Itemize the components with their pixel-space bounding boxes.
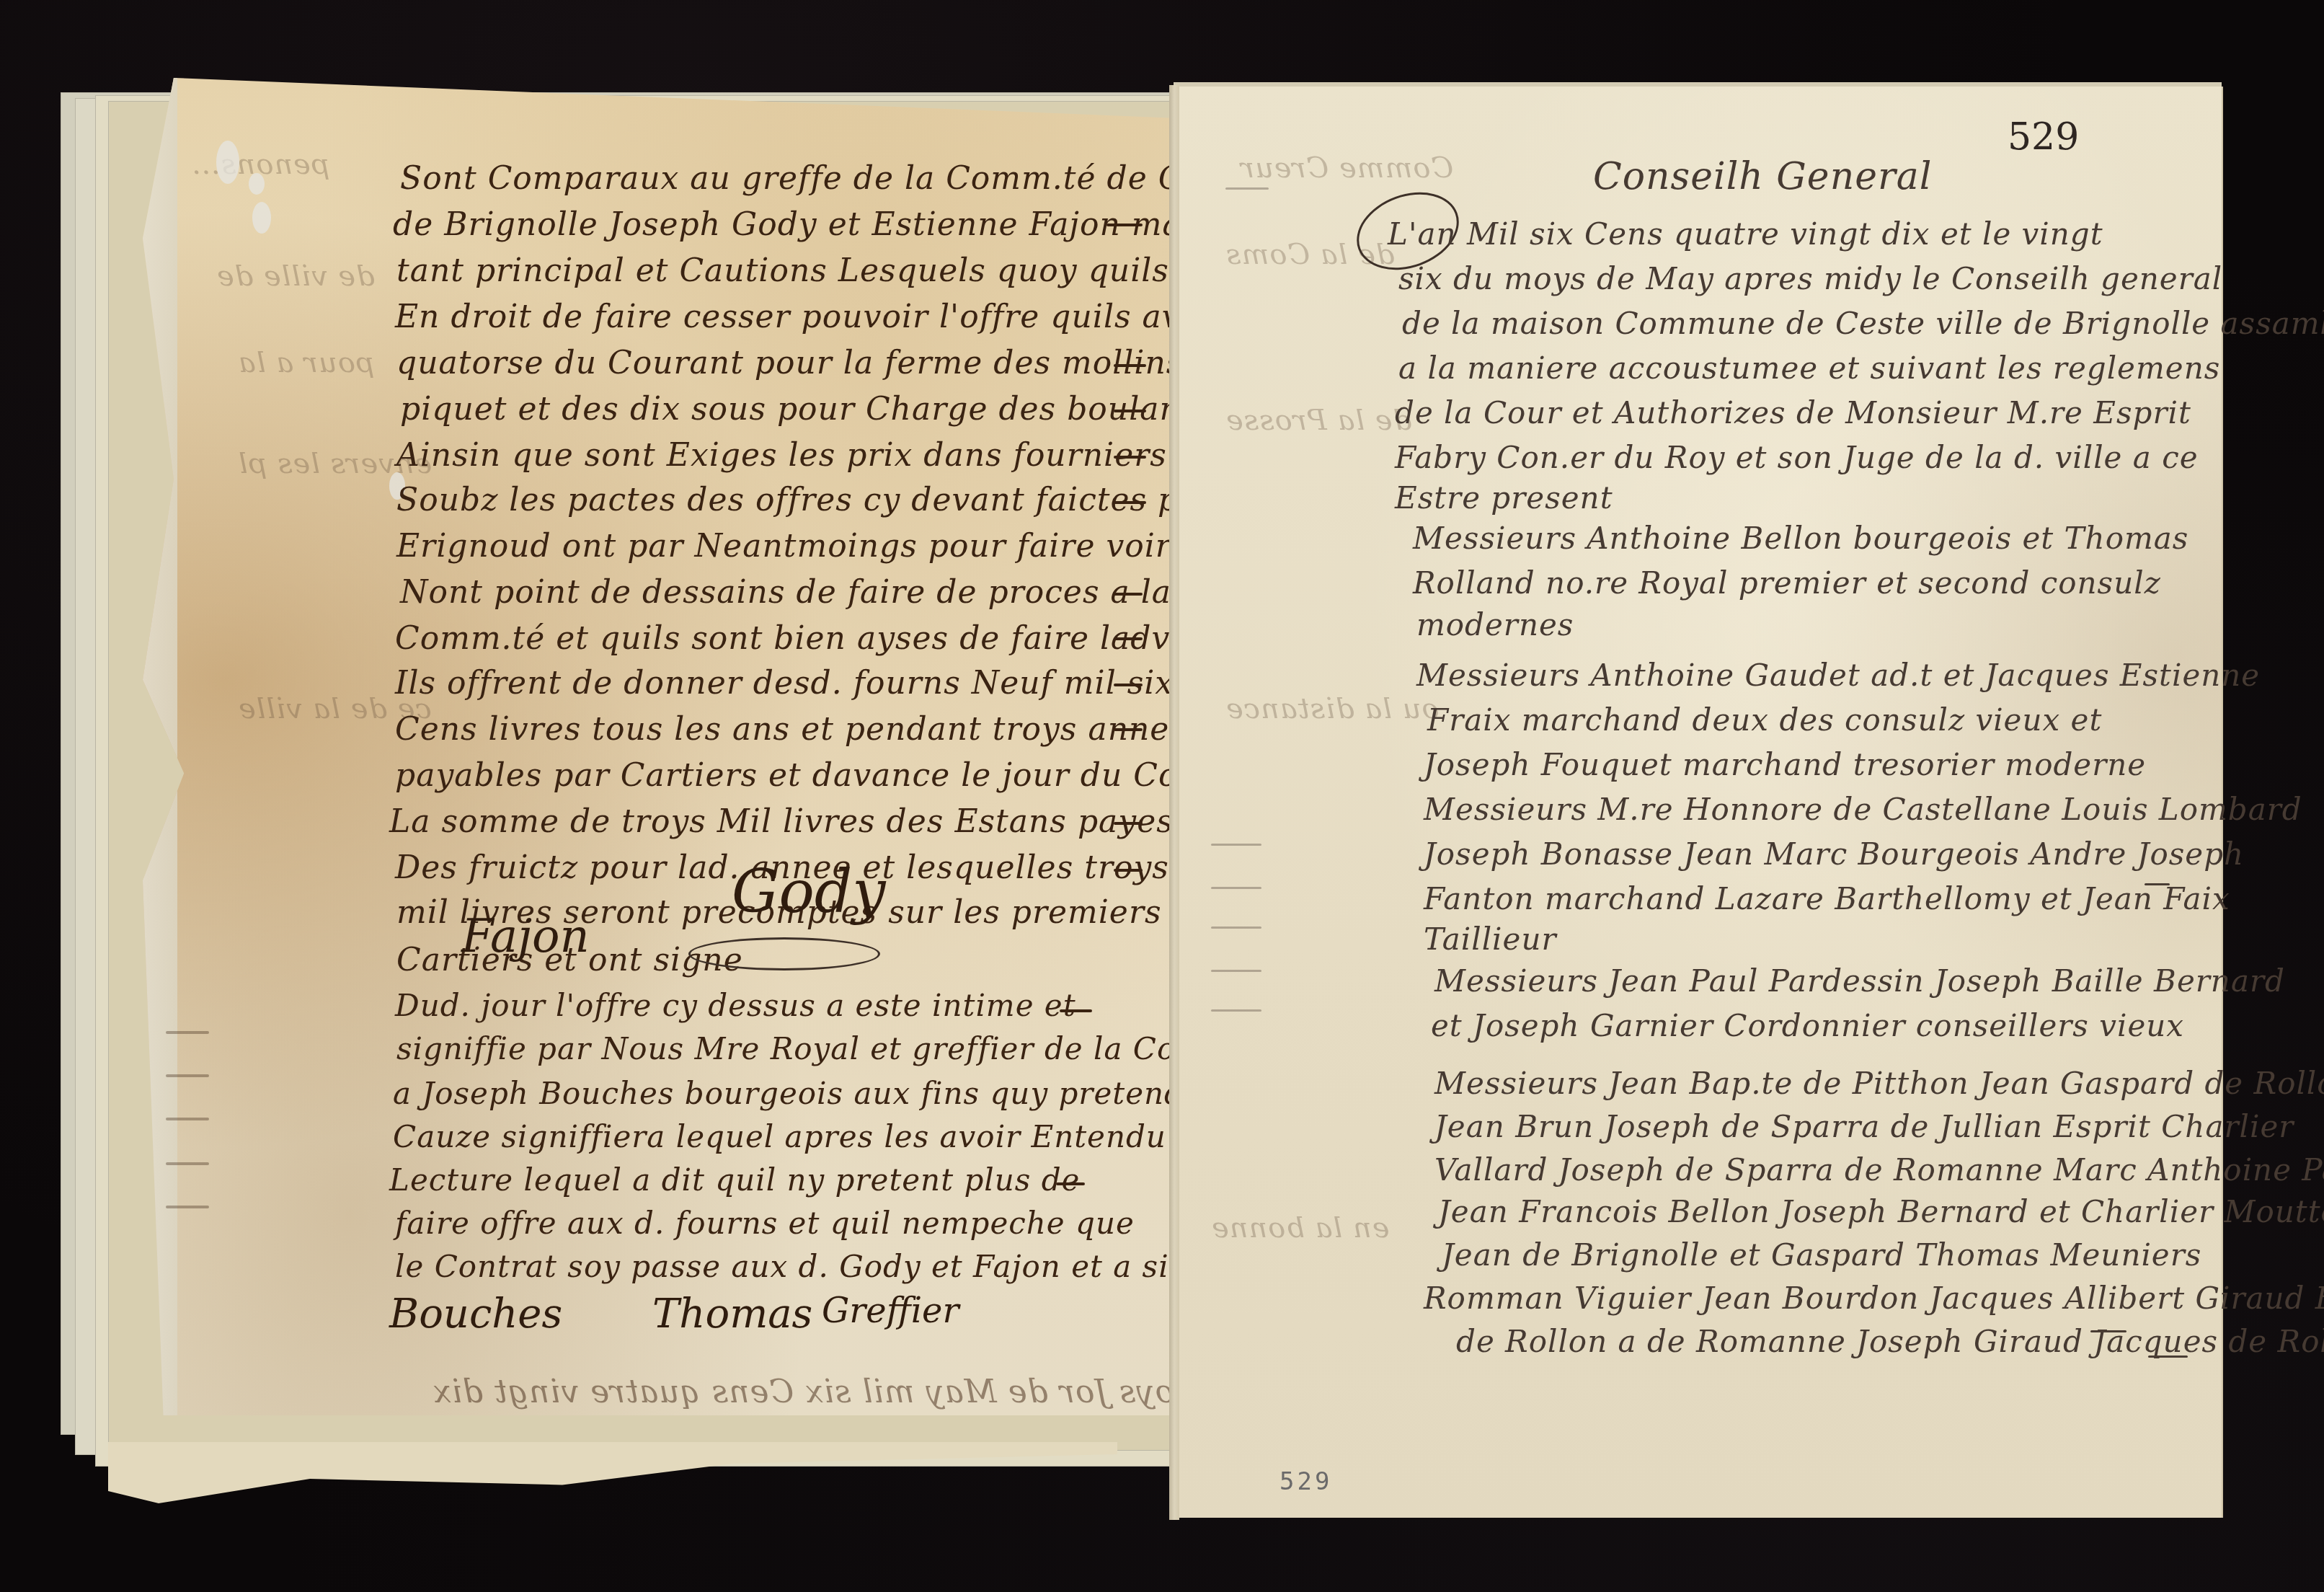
manuscript-line: faire offre aux d. fourns et quil nempec… <box>395 1206 1135 1241</box>
pencil-folio-stamp: 529 <box>1279 1467 1332 1496</box>
bleed-through-dash <box>1211 927 1261 929</box>
line-filler-dash <box>1114 501 1146 504</box>
manuscript-line: Joseph Bonasse Jean Marc Bourgeois Andre… <box>1424 836 2244 872</box>
manuscript-line: Dud. jour l'offre cy dessus a este intim… <box>395 988 1076 1023</box>
line-filler-dash <box>1114 684 1143 686</box>
bleed-through-text: Comme Creur <box>1240 151 1453 185</box>
manuscript-line: Fanton marchand Lazare Barthellomy et Je… <box>1424 881 2230 916</box>
bleed-through-text: en la bonne <box>1211 1211 1389 1244</box>
manuscript-line: Lecture lequel a dit quil ny pretent plu… <box>389 1162 1080 1198</box>
manuscript-line: Joseph Fouquet marchand tresorier modern… <box>1424 747 2146 782</box>
manuscript-line: Soubz les pactes des offres cy devant fa… <box>396 482 1299 518</box>
line-filler-dash <box>1060 1009 1092 1012</box>
signature-bouches: Bouches <box>389 1291 562 1337</box>
manuscript-line: Jean Brun Joseph de Sparra de Jullian Es… <box>1434 1109 2294 1144</box>
manuscript-line: Messieurs Anthoine Bellon bourgeois et T… <box>1413 521 2188 556</box>
bleed-through-dash <box>166 1206 209 1208</box>
bleed-through-dash <box>1211 1009 1261 1012</box>
manuscript-line: Ainsin que sont Exiges les prix dans fou… <box>396 437 1211 474</box>
signature-flourish <box>688 937 880 970</box>
bleed-through-dash <box>1211 887 1261 889</box>
signature-greffier: Greffier <box>822 1291 959 1331</box>
manuscript-line: Ils offrent de donner desd. fourns Neuf … <box>395 665 1174 702</box>
bleed-through-text: de la Prosse <box>1225 404 1411 437</box>
line-filler-dash <box>1114 869 1143 872</box>
signature-gody: Gody <box>732 858 886 927</box>
line-filler-dash <box>1114 364 1146 367</box>
bleed-through-dash <box>166 1074 209 1077</box>
bleed-through-dash <box>1225 187 1269 190</box>
manuscript-line: le Contrat soy passe aux d. Gody et Fajo… <box>395 1249 1228 1284</box>
manuscript-line: Erignoud ont par Neantmoings pour faire … <box>396 528 1263 565</box>
manuscript-line: Jean de Brignolle et Gaspard Thomas Meun… <box>1442 1237 2201 1273</box>
manuscript-line: et Joseph Garnier Cordonnier conseillers… <box>1431 1008 2184 1043</box>
water-stain <box>249 173 265 195</box>
water-stain <box>216 141 239 184</box>
manuscript-line: Messieurs Jean Bap.te de Pitthon Jean Ga… <box>1434 1066 2324 1101</box>
manuscript-line: La somme de troys Mil livres des Estans … <box>389 803 1174 840</box>
bleed-through-text: Du troys Jor de May mil six Cens quatre … <box>433 1374 1261 1410</box>
manuscript-line: a la maniere accoustumee et suivant les … <box>1398 350 2220 386</box>
manuscript-line: Nont point de dessains de faire de proce… <box>400 574 1171 611</box>
signature-thomas: Thomas <box>652 1291 812 1337</box>
manuscript-line: quatorse du Courant pour la ferme des mo… <box>396 345 1236 381</box>
manuscript-line: de la Cour et Authorizes de Monsieur M.r… <box>1395 395 2191 430</box>
water-stain <box>252 202 271 234</box>
manuscript-line: Fraix marchand deux des consulz vieux et <box>1427 702 2102 738</box>
line-filler-dash <box>1114 593 1143 596</box>
manuscript-line: Messieurs M.re Honnore de Castellane Lou… <box>1424 792 2302 827</box>
bleed-through-text: pour a la <box>238 346 375 379</box>
line-filler-dash <box>1106 224 1143 226</box>
manuscript-line: Cens livres tous les ans et pendant troy… <box>395 711 1206 748</box>
binding-gutter <box>1169 85 1179 1520</box>
manuscript-line: modernes <box>1416 607 1574 642</box>
manuscript-line: a Joseph Bouches bourgeois aux fins quy … <box>393 1076 1218 1111</box>
signature-fajon: Fajon <box>461 910 590 963</box>
bleed-through-text: ou la distance <box>1225 692 1440 725</box>
manuscript-line: de Rollon a de Romanne Joseph Giraud Jac… <box>1456 1324 2324 1359</box>
manuscript-line: six du moys de May apres midy le Conseil… <box>1398 261 2222 296</box>
manuscript-line: Comm.té et quils sont bien ayses de fair… <box>395 620 1285 657</box>
line-filler-dash <box>2090 1330 2126 1332</box>
manuscript-line: payables par Cartiers et davance le jour… <box>395 757 1261 794</box>
manuscript-line: de la maison Commune de Ceste ville de B… <box>1402 306 2324 341</box>
line-filler-dash <box>2148 1356 2188 1358</box>
line-filler-dash <box>1114 637 1143 640</box>
manuscript-line: Jean Francois Bellon Joseph Bernard et C… <box>1438 1194 2324 1229</box>
manuscript-line: Messieurs Anthoine Gaudet ad.t et Jacque… <box>1416 658 2260 693</box>
manuscript-line: Fabry Con.er du Roy et son Juge de la d.… <box>1395 440 2199 475</box>
manuscript-line: Taillieur <box>1424 921 1557 957</box>
manuscript-line: Vallard Joseph de Sparra de Romanne Marc… <box>1434 1152 2324 1188</box>
manuscript-line: Messieurs Jean Paul Pardessin Joseph Bai… <box>1434 963 2285 999</box>
line-filler-dash <box>1114 822 1143 825</box>
line-filler-dash <box>1114 456 1146 459</box>
bleed-through-dash <box>1211 970 1261 972</box>
line-filler-dash <box>1056 1182 1085 1185</box>
section-heading: Conseilh General <box>1593 155 1932 198</box>
folio-number: 529 <box>2008 115 2079 159</box>
line-filler-dash <box>1114 410 1146 412</box>
manuscript-line: L'an Mil six Cens quatre vingt dix et le… <box>1388 216 2103 252</box>
manuscript-line: Rolland no.re Royal premier et second co… <box>1413 565 2161 601</box>
bleed-through-dash <box>166 1031 209 1034</box>
line-filler-dash <box>1114 728 1143 731</box>
manuscript-line: Cauze signiffiera lequel apres les avoir… <box>393 1119 1206 1154</box>
manuscript-line: Estre present <box>1395 480 1613 516</box>
bleed-through-dash <box>166 1162 209 1165</box>
manuscript-line: Romman Viguier Jean Bourdon Jacques Alli… <box>1424 1281 2324 1316</box>
bleed-through-dash <box>166 1118 209 1120</box>
bleed-through-dash <box>1211 844 1261 846</box>
bleed-through-text: de ville de <box>216 260 375 293</box>
line-filler-dash <box>2145 883 2170 885</box>
